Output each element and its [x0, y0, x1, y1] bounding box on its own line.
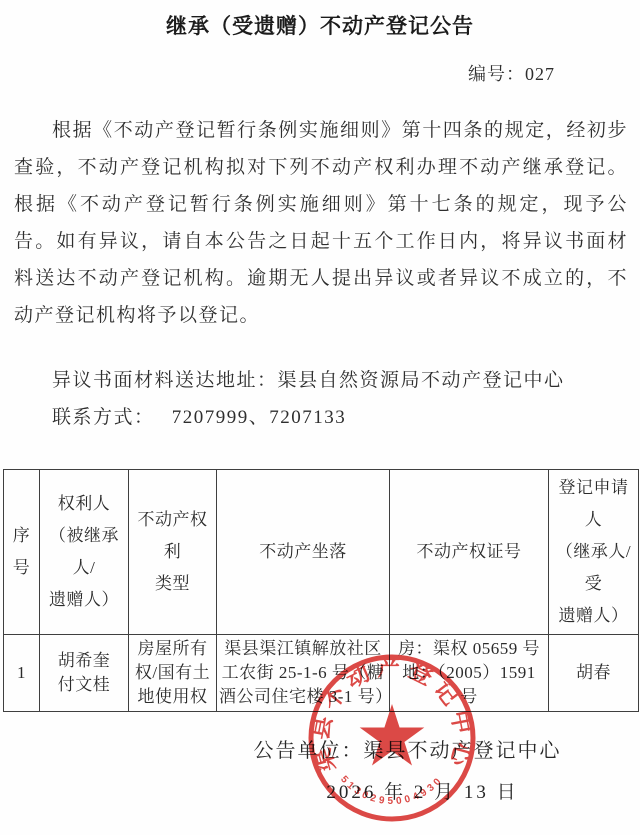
date-line: 2026 年 2 月 13 日	[0, 777, 640, 804]
cell-certificate-number: 房：渠权 05659 号 地：（2005）1591 号	[390, 635, 549, 712]
notice-body-paragraph: 根据《不动产登记暂行条例实施细则》第十四条的规定，经初步查验，不动产登记机构拟对…	[14, 112, 628, 334]
col-header-rights-holder: 权利人 （被继承人/ 遗赠人）	[40, 470, 129, 635]
cell-serial: 1	[4, 635, 40, 712]
notice-document: 继承（受遗赠）不动产登记公告 编号：027 根据《不动产登记暂行条例实施细则》第…	[0, 0, 640, 835]
cell-right-type: 房屋所有 权/国有土 地使用权	[129, 635, 217, 712]
cell-applicant: 胡春	[549, 635, 639, 712]
cell-rights-holder: 胡希奎 付文桂	[40, 635, 129, 712]
objection-address-line: 异议书面材料送达地址：渠县自然资源局不动产登记中心	[14, 362, 628, 399]
col-header-location: 不动产坐落	[217, 470, 390, 635]
registration-table: 序号 权利人 （被继承人/ 遗赠人） 不动产权利 类型 不动产坐落 不动产权证号…	[3, 469, 639, 712]
table-row: 1 胡希奎 付文桂 房屋所有 权/国有土 地使用权 渠县渠江镇解放社区 工农街 …	[4, 635, 639, 712]
document-number: 编号：027	[0, 62, 640, 86]
cell-location: 渠县渠江镇解放社区 工农街 25-1-6 号（糖 酒公司住宅楼 3-1 号）	[217, 635, 390, 712]
contact-phone-line: 联系方式： 7207999、7207133	[14, 399, 628, 436]
col-header-right-type: 不动产权利 类型	[129, 470, 217, 635]
document-title: 继承（受遗赠）不动产登记公告	[0, 12, 640, 42]
col-header-serial: 序号	[4, 470, 40, 635]
col-header-certificate-number: 不动产权证号	[390, 470, 549, 635]
col-header-applicant: 登记申请人 （继承人/受 遗赠人）	[549, 470, 639, 635]
table-header-row: 序号 权利人 （被继承人/ 遗赠人） 不动产权利 类型 不动产坐落 不动产权证号…	[4, 470, 639, 635]
issuer-line: 公告单位：渠县不动产登记中心	[0, 734, 640, 763]
